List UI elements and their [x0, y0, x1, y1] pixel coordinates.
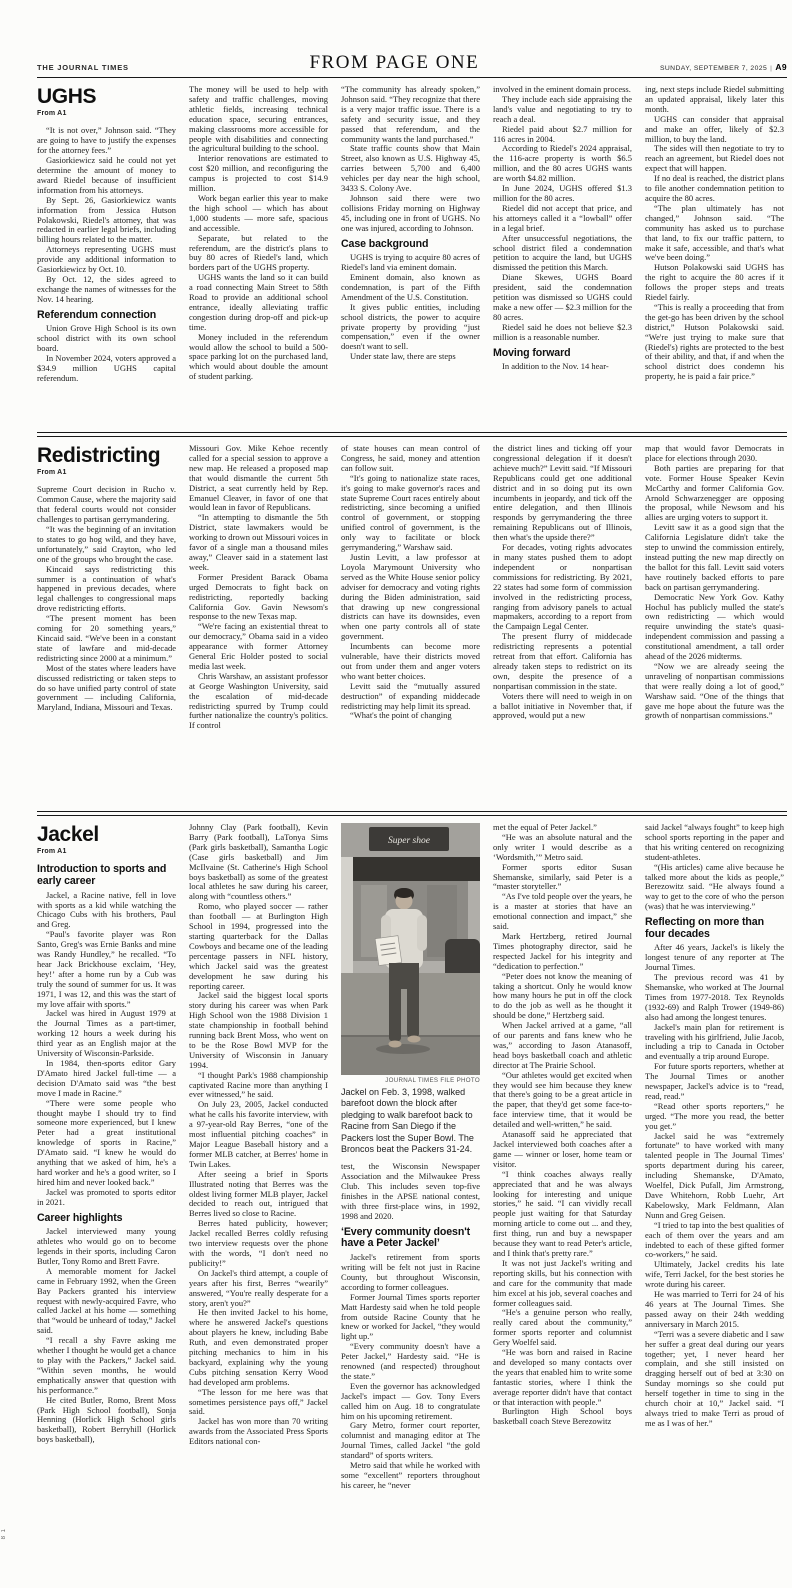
- body-paragraph: After unsuccessful negotiations, the sch…: [493, 234, 632, 274]
- body-paragraph: “He was an absolute natural and the only…: [493, 833, 632, 863]
- body-paragraph: On Jackel's third attempt, a couple of y…: [189, 1269, 328, 1309]
- jump-label: From A1: [37, 110, 176, 117]
- body-paragraph: Jackel's main plan for retirement is tra…: [645, 1023, 784, 1063]
- body-paragraph: Gary Metro, former court reporter, colum…: [341, 1421, 480, 1461]
- body-paragraph: test, the Wisconsin Newspaper Associatio…: [341, 1162, 480, 1221]
- page-section-title: FROM PAGE ONE: [309, 53, 479, 72]
- body-paragraph: Hutson Polakowski said UGHS has the righ…: [645, 263, 784, 303]
- photo-caption: Jackel on Feb. 3, 1998, walked barefoot …: [341, 1087, 480, 1155]
- body-paragraph: UGHS can consider that appraisal and mak…: [645, 115, 784, 145]
- redistricting-col-5: map that would favor Democrats in place …: [645, 444, 784, 809]
- jackel-col-4: met the equal of Peter Jackel.”“He was a…: [493, 823, 632, 1588]
- body-paragraph: Riedel paid about $2.7 million for 116 a…: [493, 125, 632, 145]
- article-redistricting: Redistricting From A1 Supreme Court deci…: [37, 437, 787, 809]
- article-ughs: UGHS From A1 “It is not over,” Johnson s…: [37, 78, 787, 430]
- body-paragraph: Jackel interviewed many young athletes w…: [37, 1227, 176, 1267]
- ughs-col-4: involved in the eminent domain process.T…: [493, 85, 632, 430]
- body-paragraph: UGHS is trying to acquire 80 acres of Ri…: [341, 253, 480, 273]
- dateline-separator: |: [770, 65, 772, 72]
- body-paragraph: “Every community doesn't have a Peter Ja…: [341, 1342, 480, 1382]
- body-paragraph: They include each side appraising the la…: [493, 95, 632, 125]
- body-paragraph: Jackel was promoted to sports editor in …: [37, 1188, 176, 1208]
- page-header: THE JOURNAL TIMES FROM PAGE ONE SUNDAY, …: [37, 40, 787, 78]
- body-paragraph: For decades, voting rights advocates in …: [493, 543, 632, 632]
- date-text: SUNDAY, SEPTEMBER 7, 2025: [660, 65, 767, 72]
- body-paragraph: “Paul's favorite player was Ron Santo, G…: [37, 930, 176, 1009]
- body-paragraph: “The present moment has been coming for …: [37, 614, 176, 664]
- body-paragraph: of state houses can mean control of Cong…: [341, 444, 480, 474]
- body-paragraph: “Peter does not know the meaning of taki…: [493, 972, 632, 1022]
- body-paragraph: “The plan ultimately has not changed,” J…: [645, 204, 784, 263]
- jackel-col-3: Super shoe: [341, 823, 480, 1588]
- page-edge-mark: 8 1: [1, 1528, 7, 1539]
- body-paragraph: Romo, who played soccer — rather than fo…: [189, 902, 328, 991]
- body-paragraph: Riedel did not accept that price, and hi…: [493, 204, 632, 234]
- body-paragraph: “(His articles) came alive because he ta…: [645, 863, 784, 913]
- body-paragraph: Ultimately, Jackel credits his late wife…: [645, 1260, 784, 1290]
- ughs-col-3: “The community has already spoken,” John…: [341, 85, 480, 430]
- jump-label: From A1: [37, 469, 176, 476]
- body-paragraph: Under state law, there are steps: [341, 352, 480, 362]
- jackel-col-2: Johnny Clay (Park football), Kevin Barry…: [189, 823, 328, 1588]
- body-paragraph: It gives public entities, including scho…: [341, 303, 480, 353]
- body-paragraph: Former sports editor Susan Shemanske, si…: [493, 863, 632, 893]
- body-paragraph: State traffic counts show that Main Stre…: [341, 144, 480, 194]
- body-paragraph: Most of the states where leaders have di…: [37, 664, 176, 714]
- redistricting-col-3: of state houses can mean control of Cong…: [341, 444, 480, 809]
- article-jackel: Jackel From A1 Introduction to sports an…: [37, 816, 787, 1588]
- body-paragraph: Metro said that while he worked with som…: [341, 1461, 480, 1491]
- ughs-col-2: The money will be used to help with safe…: [189, 85, 328, 430]
- body-paragraph: “I thought Park's 1988 championship capt…: [189, 1071, 328, 1101]
- body-paragraph: For future sports reporters, whether at …: [645, 1062, 784, 1102]
- body-paragraph: Supreme Court decision in Rucho v. Commo…: [37, 485, 176, 525]
- masthead-name: THE JOURNAL TIMES: [37, 63, 129, 72]
- body-paragraph: Riedel said he does not believe $2.3 mil…: [493, 323, 632, 343]
- body-paragraph: According to Riedel's 2024 appraisal, th…: [493, 144, 632, 184]
- photo: Super shoe: [341, 823, 480, 1155]
- body-paragraph: When Jackel arrived at a game, “all of o…: [493, 1021, 632, 1071]
- body-paragraph: “It was the beginning of an invitation t…: [37, 525, 176, 565]
- body-paragraph: Johnny Clay (Park football), Kevin Barry…: [189, 823, 328, 902]
- ughs-col-5: ing, next steps include Riedel submittin…: [645, 85, 784, 430]
- body-paragraph: “The community has already spoken,” John…: [341, 85, 480, 144]
- body-paragraph: After 46 years, Jackel's is likely the l…: [645, 943, 784, 973]
- jump-label: From A1: [37, 848, 176, 855]
- section-subhead: ‘Every community doesn't have a Peter Ja…: [341, 1227, 480, 1250]
- body-paragraph: Democratic New York Gov. Kathy Hochul ha…: [645, 593, 784, 662]
- body-paragraph: Union Grove High School is its own schoo…: [37, 324, 176, 354]
- body-paragraph: “It is not over,” Johnson said. “They ar…: [37, 126, 176, 156]
- body-paragraph: A memorable moment for Jackel came in Fe…: [37, 1267, 176, 1336]
- section-subhead: Introduction to sports and early career: [37, 864, 176, 887]
- body-paragraph: “He was born and raised in Racine and de…: [493, 1348, 632, 1407]
- body-paragraph: Even the governor has acknowledged Jacke…: [341, 1382, 480, 1422]
- body-paragraph: In November 2024, voters approved a $34.…: [37, 354, 176, 384]
- body-paragraph: Separate, but related to the referendum,…: [189, 234, 328, 274]
- body-paragraph: He cited Butler, Romo, Brent Moss (Park …: [37, 1396, 176, 1446]
- body-paragraph: Jackel, a Racine native, fell in love wi…: [37, 891, 176, 931]
- body-paragraph: Eminent domain, also known as condemnati…: [341, 273, 480, 303]
- body-paragraph: Jackel has won more than 70 writing awar…: [189, 1417, 328, 1447]
- jackel-col-5: said Jackel “always fought” to keep high…: [645, 823, 784, 1588]
- body-paragraph: Diane Skewes, UGHS Board president, said…: [493, 273, 632, 323]
- body-paragraph: Levitt said the “mutually assured destru…: [341, 682, 480, 712]
- body-paragraph: Levitt saw it as a good sign that the Ca…: [645, 523, 784, 592]
- body-paragraph: On July 23, 2005, Jackel conducted what …: [189, 1100, 328, 1169]
- body-paragraph: said Jackel “always fought” to keep high…: [645, 823, 784, 863]
- body-paragraph: If no deal is reached, the district plan…: [645, 174, 784, 204]
- body-paragraph: Chris Warshaw, an assistant professor at…: [189, 672, 328, 731]
- body-paragraph: Gasiorkiewicz said he could not yet dete…: [37, 156, 176, 196]
- body-paragraph: The money will be used to help with safe…: [189, 85, 328, 154]
- ughs-col-1: UGHS From A1 “It is not over,” Johnson s…: [37, 85, 176, 430]
- body-paragraph: He then invited Jackel to his home, wher…: [189, 1308, 328, 1387]
- photo-sign-text: Super shoe: [388, 836, 430, 846]
- article-headline: UGHS: [37, 86, 176, 107]
- body-paragraph: Burlington High School boys basketball c…: [493, 1407, 632, 1427]
- article-headline: Jackel: [37, 824, 176, 845]
- body-paragraph: He was married to Terri for 24 of his 46…: [645, 1290, 784, 1330]
- body-paragraph: “I tried to tap into the best qualities …: [645, 1221, 784, 1261]
- body-paragraph: It was not just Jackel's writing and rep…: [493, 1259, 632, 1309]
- body-paragraph: “We're facing an existential threat to o…: [189, 622, 328, 672]
- body-paragraph: “The lesson for me here was that sometim…: [189, 1388, 328, 1418]
- body-paragraph: “Read other sports reporters,” he urged.…: [645, 1102, 784, 1132]
- body-paragraph: The previous record was 41 by Shemanske,…: [645, 973, 784, 1023]
- redistricting-col-1: Redistricting From A1 Supreme Court deci…: [37, 444, 176, 809]
- body-paragraph: Johnson said there were two collisions F…: [341, 194, 480, 234]
- body-paragraph: Former Journal Times sports reporter Mat…: [341, 1293, 480, 1343]
- body-paragraph: Missouri Gov. Mike Kehoe recently called…: [189, 444, 328, 513]
- body-paragraph: Incumbents can become more vulnerable, h…: [341, 642, 480, 682]
- body-paragraph: Jackel said the biggest local sports sto…: [189, 991, 328, 1070]
- body-paragraph: “In attempting to dismantle the 5th Dist…: [189, 513, 328, 572]
- body-paragraph: The present flurry of middecade redistri…: [493, 632, 632, 691]
- body-paragraph: “I think coaches always really appreciat…: [493, 1170, 632, 1259]
- body-paragraph: the district lines and ticking off your …: [493, 444, 632, 543]
- body-paragraph: Attorneys representing UGHS must provide…: [37, 245, 176, 275]
- body-paragraph: Mark Hertzberg, retired Journal Times ph…: [493, 932, 632, 972]
- section-subhead: Moving forward: [493, 348, 632, 360]
- body-paragraph: Justin Levitt, a law professor at Loyola…: [341, 553, 480, 642]
- body-paragraph: Jackel was hired in August 1979 at the J…: [37, 1009, 176, 1059]
- body-paragraph: Money included in the referendum would a…: [189, 333, 328, 383]
- body-paragraph: “It's going to nationalize state races, …: [341, 474, 480, 553]
- body-paragraph: By Oct. 12, the sides agreed to exchange…: [37, 275, 176, 305]
- body-paragraph: Voters there will need to weigh in on a …: [493, 692, 632, 722]
- body-paragraph: Atanasoff said he appreciated that Jacke…: [493, 1130, 632, 1170]
- body-paragraph: In June 2024, UGHS offered $1.3 million …: [493, 184, 632, 204]
- body-paragraph: By Sept. 26, Gasiorkiewicz wants informa…: [37, 196, 176, 246]
- redistricting-col-2: Missouri Gov. Mike Kehoe recently called…: [189, 444, 328, 809]
- body-paragraph: In addition to the Nov. 14 hear-: [493, 362, 632, 372]
- body-paragraph: UGHS wants the land so it can build a ro…: [189, 273, 328, 332]
- body-paragraph: Jackel said he was “extremely fortunate”…: [645, 1132, 784, 1221]
- body-paragraph: Jackel's retirement from sports writing …: [341, 1253, 480, 1293]
- dateline: SUNDAY, SEPTEMBER 7, 2025|A9: [660, 62, 787, 72]
- photo-credit: JOURNAL TIMES FILE PHOTO: [341, 1077, 480, 1084]
- body-paragraph: “There were some people who thought mayb…: [37, 1099, 176, 1188]
- section-subhead: Reflecting on more than four decades: [645, 917, 784, 940]
- section-subhead: Referendum connection: [37, 310, 176, 322]
- body-paragraph: In 1984, then-sports editor Gary D'Amato…: [37, 1059, 176, 1099]
- body-paragraph: Berres hated publicity, however; Jackel …: [189, 1219, 328, 1269]
- photo-illustration: Super shoe: [341, 823, 480, 1075]
- body-paragraph: Former President Barack Obama urged Demo…: [189, 573, 328, 623]
- body-paragraph: “Terri was a severe diabetic and I saw h…: [645, 1330, 784, 1429]
- body-paragraph: Interior renovations are estimated to co…: [189, 154, 328, 194]
- body-paragraph: “What's the point of changing: [341, 711, 480, 721]
- body-paragraph: “He's a genuine person who really, reall…: [493, 1308, 632, 1348]
- body-paragraph: Both parties are preparing for that vote…: [645, 464, 784, 523]
- body-paragraph: “I recall a shy Favre asking me whether …: [37, 1336, 176, 1395]
- redistricting-col-4: the district lines and ticking off your …: [493, 444, 632, 809]
- page-number: A9: [775, 62, 787, 72]
- body-paragraph: “This is really a proceeding that from t…: [645, 303, 784, 382]
- body-paragraph: “Now we are already seeing the unravelin…: [645, 662, 784, 721]
- section-subhead: Case background: [341, 239, 480, 251]
- body-paragraph: The sides will then negotiate to try to …: [645, 144, 784, 174]
- body-paragraph: map that would favor Democrats in place …: [645, 444, 784, 464]
- article-headline: Redistricting: [37, 445, 176, 466]
- body-paragraph: ing, next steps include Riedel submittin…: [645, 85, 784, 115]
- body-paragraph: “As I've told people over the years, he …: [493, 892, 632, 932]
- body-paragraph: Kincaid says redistricting this summer i…: [37, 565, 176, 615]
- body-paragraph: “Our athletes would get excited when the…: [493, 1071, 632, 1130]
- body-paragraph: Work began earlier this year to make the…: [189, 194, 328, 234]
- section-subhead: Career highlights: [37, 1213, 176, 1225]
- body-paragraph: After seeing a brief in Sports Illustrat…: [189, 1170, 328, 1220]
- jackel-col-1: Jackel From A1 Introduction to sports an…: [37, 823, 176, 1588]
- newspaper-page: THE JOURNAL TIMES FROM PAGE ONE SUNDAY, …: [0, 0, 792, 1588]
